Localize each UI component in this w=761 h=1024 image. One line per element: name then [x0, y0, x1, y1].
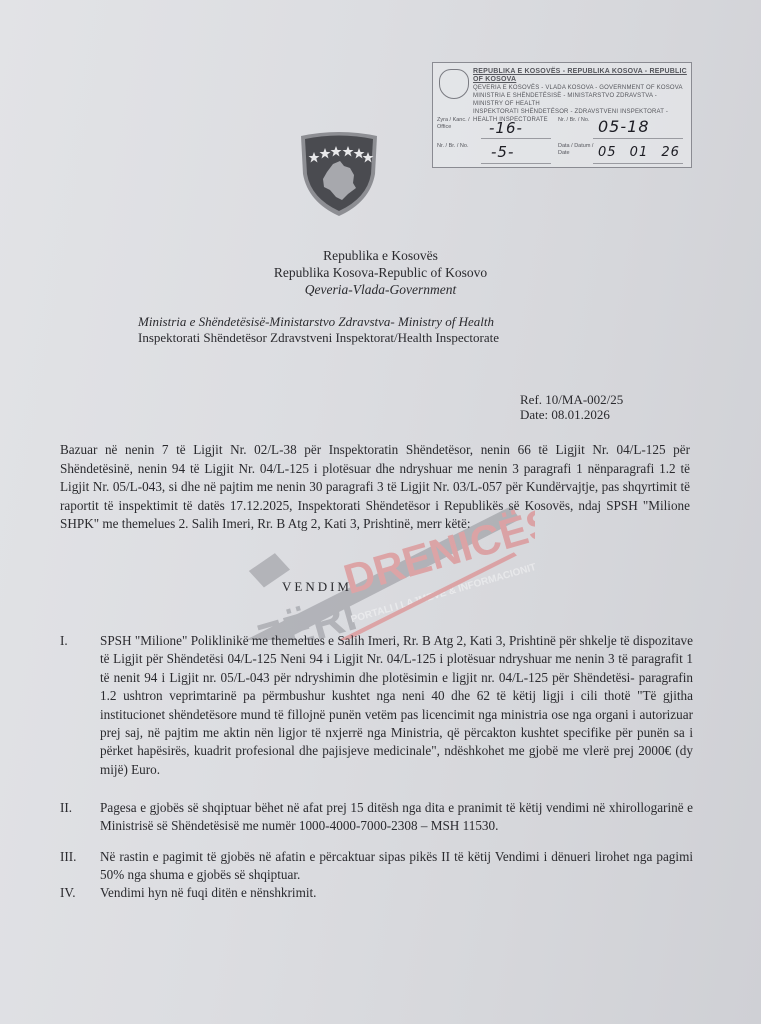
ministry-name: Ministria e Shëndetësisë-Ministarstvo Zd…	[138, 314, 598, 330]
header-republic-albanian: Republika e Kosovës	[0, 248, 761, 264]
decision-item: I. SPSH "Milione" Poliklinikë me themelu…	[60, 632, 693, 779]
document-date: Date: 08.01.2026	[520, 407, 623, 422]
reference-number: Ref. 10/MA-002/25	[520, 392, 623, 407]
watermark-tagline: PORTALI I LAJMEVE & INFORMACIONIT	[350, 562, 535, 626]
stamp-emblem-icon	[439, 69, 469, 99]
stamp-label-number: Nr. / Br. / No.	[437, 143, 477, 150]
stamp-header-line: REPUBLIKA E KOSOVËS - REPUBLIKA KOSOVA -…	[473, 68, 687, 84]
decision-item: II. Pagesa e gjobës së shqiptuar bëhet n…	[60, 799, 693, 836]
header-government: Qeveria-Vlada-Government	[0, 282, 761, 298]
legal-basis-paragraph: Bazuar në nenin 7 të Ligjit Nr. 02/L-38 …	[60, 441, 690, 534]
decision-item-text: SPSH "Milione" Poliklinikë me themelues …	[100, 632, 693, 779]
stamp-header: REPUBLIKA E KOSOVËS - REPUBLIKA KOSOVA -…	[473, 68, 687, 124]
decision-item-text: Pagesa e gjobës së shqiptuar bëhet në af…	[100, 799, 693, 836]
decision-title: VENDIM	[282, 579, 352, 595]
header-republic-multilingual: Republika Kosova-Republic of Kosovo	[0, 265, 761, 281]
handwritten-date: 05 01 26	[598, 145, 680, 160]
scanned-document-page: REPUBLIKA E KOSOVËS - REPUBLIKA KOSOVA -…	[0, 0, 761, 1024]
handwritten-count: -5-	[491, 143, 514, 161]
kosovo-coat-of-arms-icon	[298, 130, 380, 218]
reference-block: Ref. 10/MA-002/25 Date: 08.01.2026	[520, 392, 623, 422]
handwritten-office-number: -16-	[489, 119, 523, 137]
decision-item-number: III.	[60, 848, 100, 866]
decision-item-text: Vendimi hyn në fuqi ditën e nënshkrimit.	[100, 884, 693, 902]
decision-item-text: Në rastin e pagimit të gjobës në afatin …	[100, 848, 693, 885]
decision-item: IV. Vendimi hyn në fuqi ditën e nënshkri…	[60, 884, 693, 902]
registry-stamp: REPUBLIKA E KOSOVËS - REPUBLIKA KOSOVA -…	[432, 62, 692, 168]
inspectorate-name: Inspektorati Shëndetësor Zdravstveni Ins…	[138, 330, 598, 346]
decision-item-number: IV.	[60, 884, 100, 902]
stamp-header-line: MINISTRIA E SHËNDETËSISË - MINISTARSTVO …	[473, 92, 687, 108]
stamp-header-line: QEVERIA E KOSOVËS - VLADA KOSOVA - GOVER…	[473, 84, 687, 92]
handwritten-registry-number: 05-18	[598, 117, 650, 136]
ministry-heading: Ministria e Shëndetësisë-Ministarstvo Zd…	[138, 314, 598, 346]
decision-item-number: II.	[60, 799, 100, 817]
decision-item: III. Në rastin e pagimit të gjobës në af…	[60, 848, 693, 885]
stamp-label-date: Data / Datum / Date	[558, 143, 598, 156]
decision-item-number: I.	[60, 632, 100, 650]
stamp-label-office: Zyra / Kanc. / Office	[437, 117, 477, 130]
stamp-label-number-right: Nr. / Br. / No.	[558, 117, 598, 124]
